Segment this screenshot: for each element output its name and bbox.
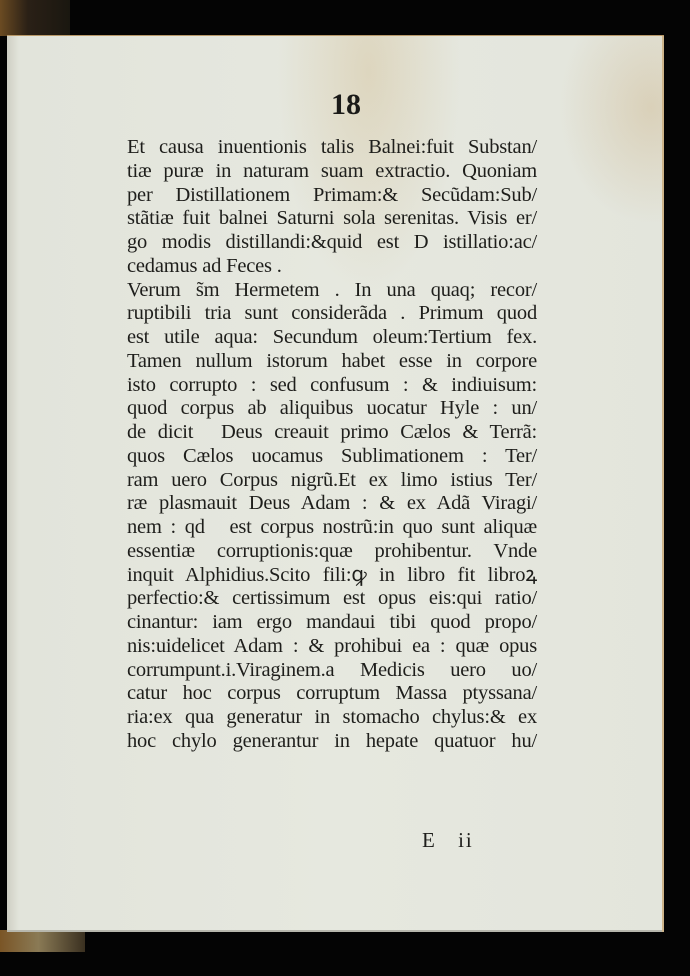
text-line: stãtiæ fuit balnei Saturni sola serenita… [127, 207, 537, 231]
text-line: est utile aqua: Secundum oleum:Tertium f… [127, 326, 537, 350]
text-line: nis:uidelicet Adam : & prohibui ea : quæ… [127, 635, 537, 659]
text-line: inquit Alphidius.Scito fili:ꝙ in libro f… [127, 564, 537, 588]
text-line: Verum s̃m Hermetem . In una quaq; recor/ [127, 279, 537, 303]
text-line: ræ plasmauit Deus Adam : & ex Adã Viragi… [127, 492, 537, 516]
page-number: 18 [316, 90, 376, 120]
book-scan: 18 Et causa inuentionis talis Balnei:fui… [0, 0, 690, 976]
text-line: cedamus ad Feces . [127, 255, 537, 279]
text-line: per Distillationem Primam:& Secũdam:Sub/ [127, 184, 537, 208]
text-line: Et causa inuentionis talis Balnei:fuit S… [127, 136, 537, 160]
text-line: quod corpus ab aliquibus uocatur Hyle : … [127, 397, 537, 421]
text-line: hoc chylo generantur in hepate quatuor h… [127, 730, 537, 754]
signature-mark: E ii [422, 828, 474, 853]
text-line: tiæ puræ in naturam suam extractio. Quon… [127, 160, 537, 184]
text-line: ria:ex qua generatur in stomacho chylus:… [127, 706, 537, 730]
text-line: cinantur: iam ergo mandaui tibi quod pro… [127, 611, 537, 635]
book-binding-top [0, 0, 70, 36]
text-line: essentiæ corruptionis:quæ prohibentur. V… [127, 540, 537, 564]
body-text: Et causa inuentionis talis Balnei:fuit S… [127, 136, 537, 754]
text-line: perfectio:& certissimum est opus eis:qui… [127, 587, 537, 611]
text-line: catur hoc corpus corruptum Massa ptyssan… [127, 682, 537, 706]
text-line: corrumpunt.i.Viraginem.a Medicis uero uo… [127, 659, 537, 683]
text-line: ram uero Corpus nigrũ.Et ex limo istius … [127, 469, 537, 493]
text-line: de dicit᷑ Deus creauit primo Cælos & Ter… [127, 421, 537, 445]
book-binding-bottom [0, 930, 85, 952]
text-line: quos Cælos uocamus Sublimationem : Ter/ [127, 445, 537, 469]
text-line: ruptibili tria sunt considerãda . Primum… [127, 302, 537, 326]
text-line: go modis distillandi:&quid est D istilla… [127, 231, 537, 255]
text-line: isto corrupto : sed confusum : & indiuis… [127, 374, 537, 398]
text-line: nem : qd᷑ est corpus nostrũ:in quo sunt … [127, 516, 537, 540]
text-line: Tamen nullum istorum habet esse in corpo… [127, 350, 537, 374]
